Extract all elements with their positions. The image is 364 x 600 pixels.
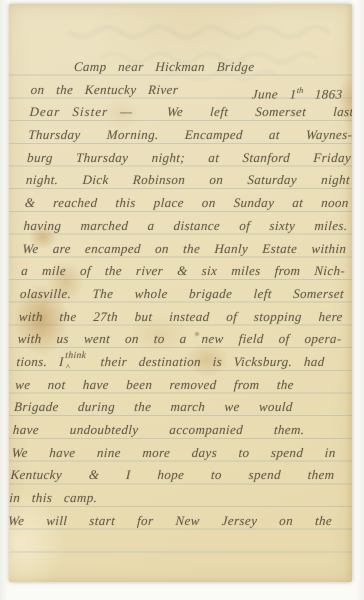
letter-line: in this camp. — [9, 487, 334, 510]
heading-place: on the Kentucky River — [30, 79, 179, 102]
handwritten-text: Camp near Hickman Bridge on the Kentucky… — [9, 56, 352, 532]
date-month-day: June 1 — [252, 86, 297, 101]
heading-date: June 1th 1863 — [252, 79, 344, 102]
letter-line: burg Thursday night; at Stanford Friday — [27, 147, 352, 170]
letter-line: with us went on to a new field of opera- — [17, 328, 342, 351]
salutation-line: Dear Sister — We left Somerset last — [29, 101, 352, 124]
heading-camp-line: Camp near Hickman Bridge — [31, 56, 352, 79]
letter-line: we not have been removed from the — [15, 374, 295, 397]
letter-line-with-insertion: tions. I^think their destination is Vick… — [16, 351, 341, 374]
letter-line: & reached this place on Sunday at noon — [24, 192, 349, 215]
salutation: Dear Sister — — [29, 101, 134, 124]
letter-line: We will start for New Jersey on the — [9, 510, 333, 533]
letter-line: have undoubtedly accompanied them. — [12, 419, 305, 442]
letter-scan: Camp near Hickman Bridge on the Kentucky… — [0, 0, 364, 600]
inserted-word: think — [65, 351, 87, 361]
date-year: 1863 — [315, 86, 343, 101]
letter-line: night. Dick Robinson on Saturday night — [25, 169, 350, 192]
heading-place-date-line: on the Kentucky River June 1th 1863 — [30, 79, 352, 102]
letter-line: Kentucky & I hope to spend them — [10, 464, 335, 487]
insert-after-text: their destination is Vicksburg. had — [100, 354, 325, 369]
opening-text: We left Somerset last — [166, 101, 352, 124]
letter-line: We have nine more days to spend in — [11, 442, 336, 465]
letter-line: with the 27th but instead of stopping he… — [18, 306, 343, 329]
letter-line: a mile of the river & six miles from Nic… — [21, 260, 346, 283]
letter-line: having marched a distance of sixty miles… — [23, 215, 348, 238]
letter-line: olasville. The whole brigade left Somers… — [19, 283, 344, 306]
insert-before-text: tions. I — [16, 354, 64, 369]
letter-paper: Camp near Hickman Bridge on the Kentucky… — [9, 4, 352, 582]
date-suffix: th — [297, 85, 304, 95]
letter-line: We are encamped on the Hanly Estate with… — [22, 238, 347, 261]
letter-line: Brigade during the march we would — [13, 396, 293, 419]
letter-line: Thursday Morning. Encamped at Waynes- — [28, 124, 352, 147]
insertion-caret: ^ — [65, 362, 70, 372]
